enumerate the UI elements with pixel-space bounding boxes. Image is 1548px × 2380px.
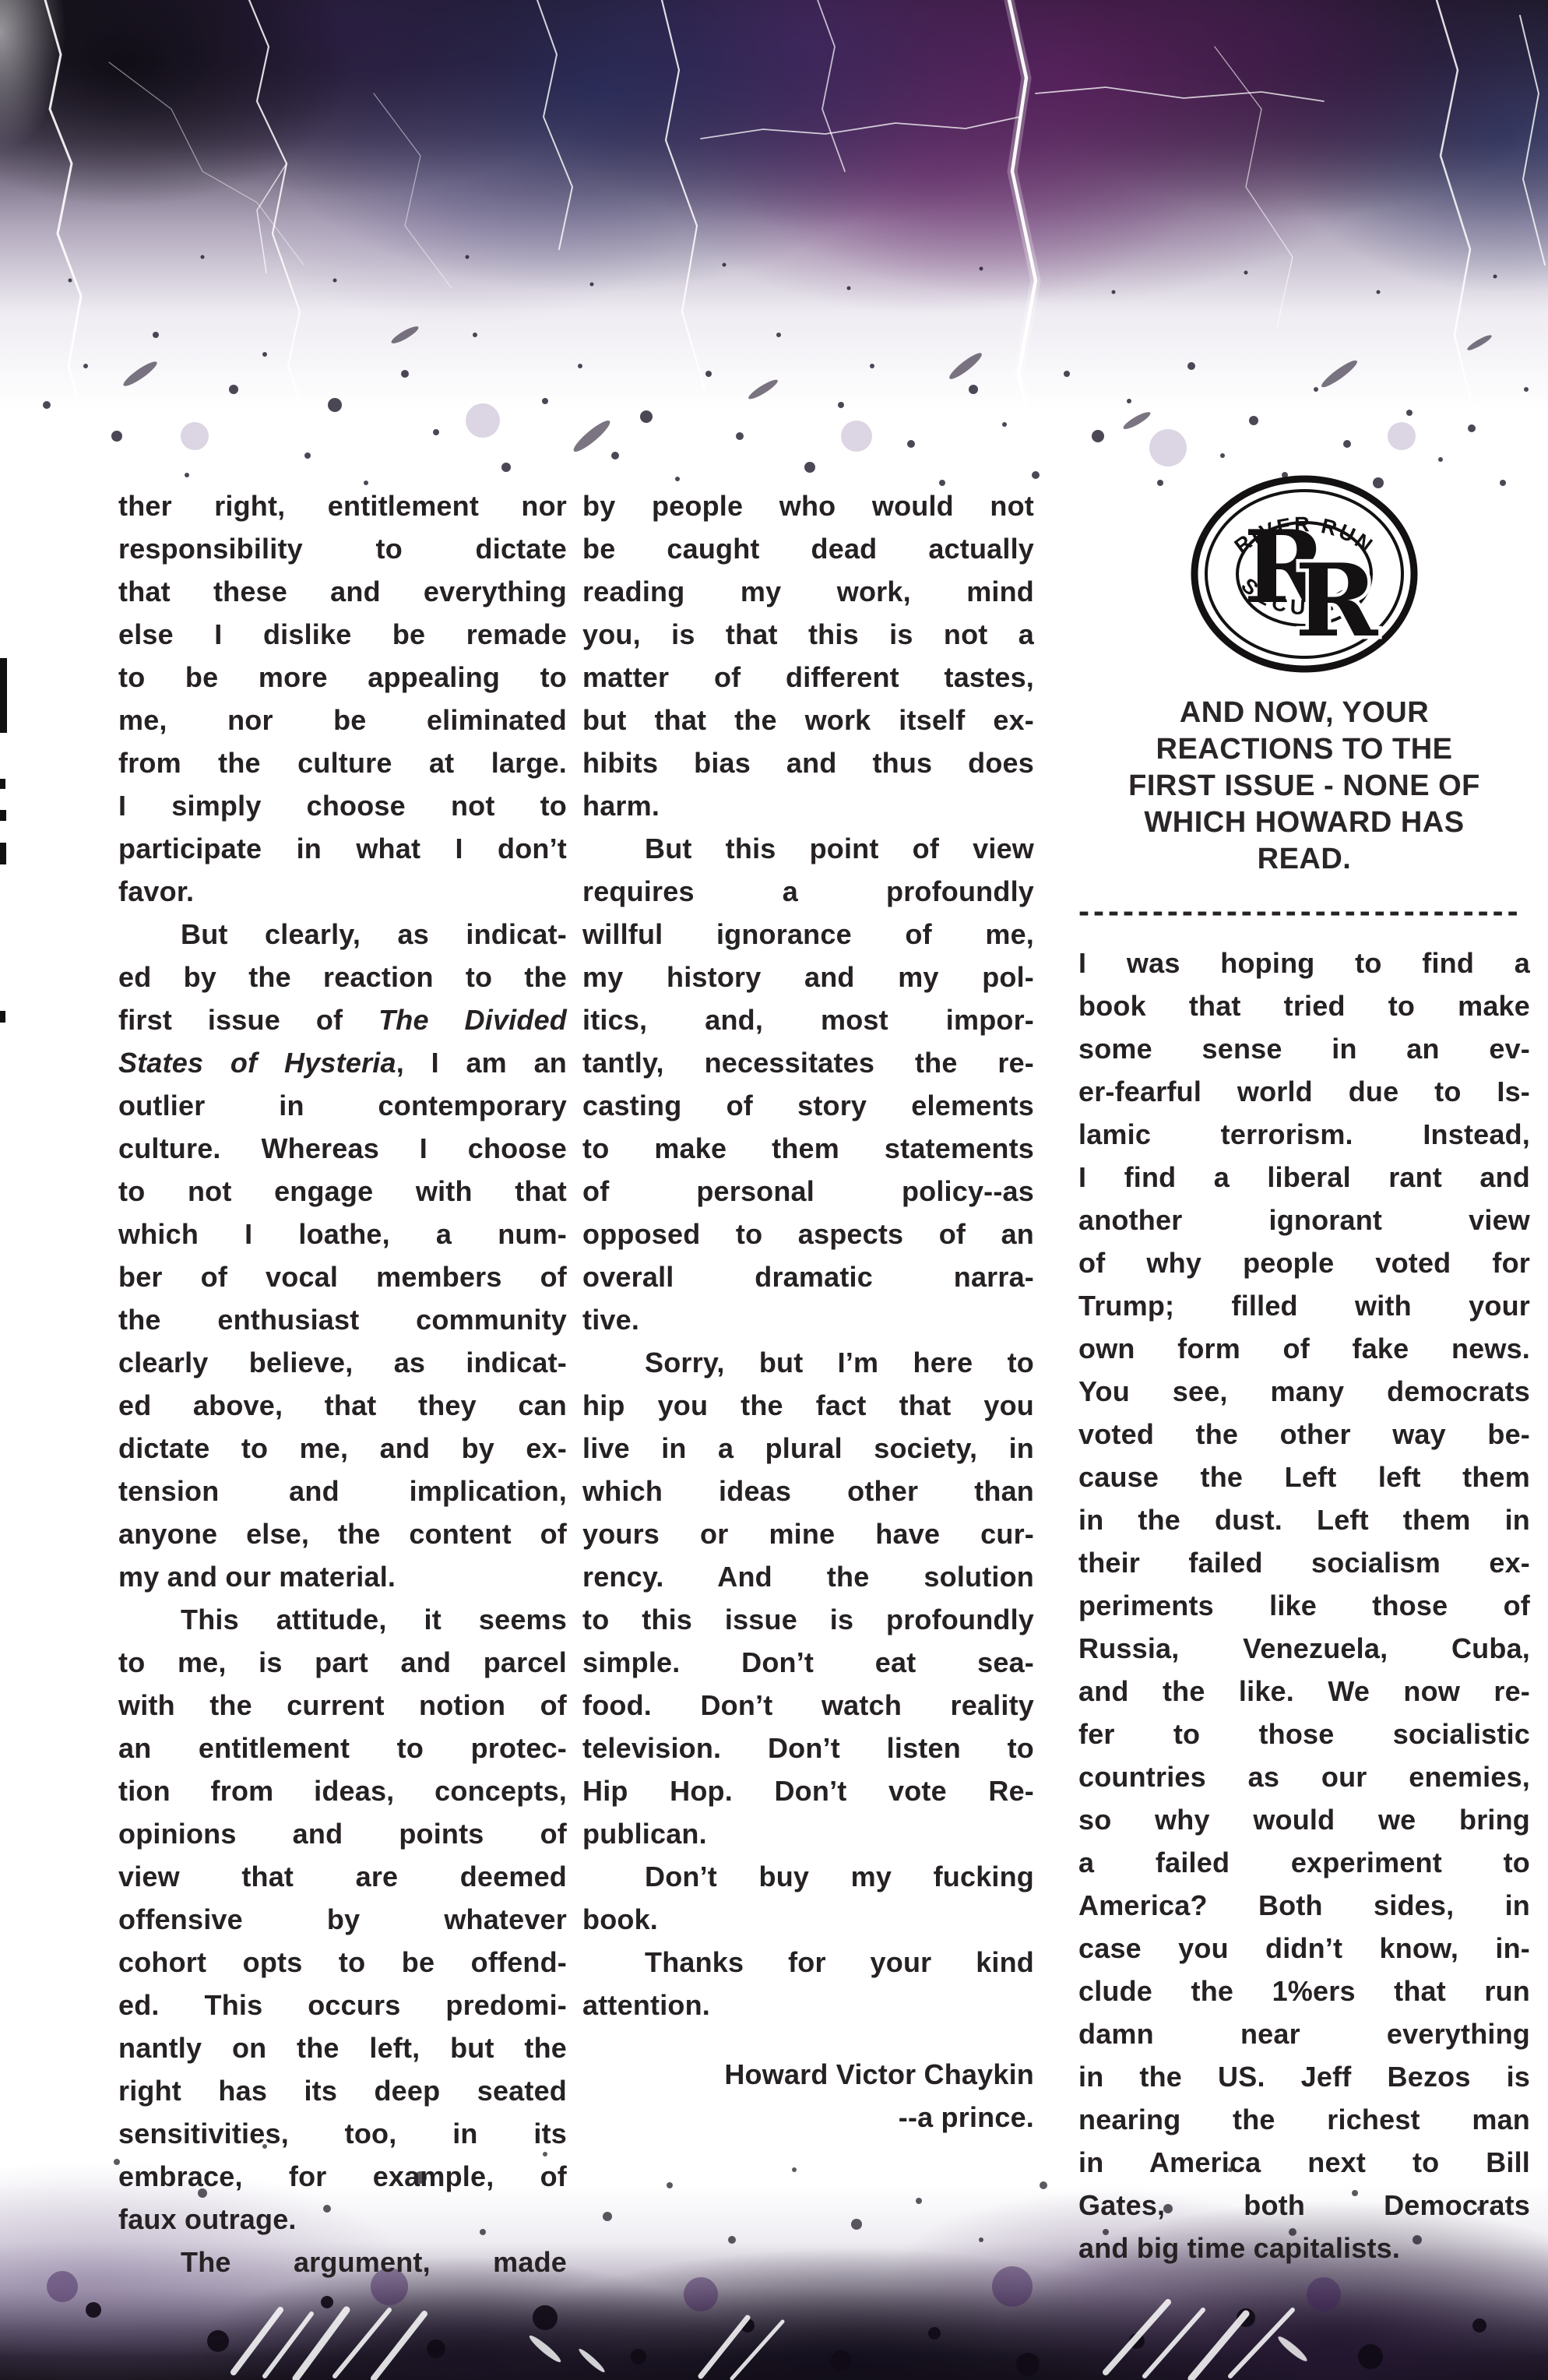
text-line: view that are deemed — [118, 1855, 567, 1898]
text-line: be caught dead actually — [582, 527, 1034, 570]
text-line: matter of different tastes, — [582, 656, 1034, 699]
text-line: willful ignorance of me, — [582, 913, 1034, 956]
text-line: and the like. We now re- — [1078, 1670, 1530, 1713]
text-line: America? Both sides, in — [1078, 1884, 1530, 1927]
reactions-header-line: AND NOW, YOUR — [1078, 695, 1530, 731]
text-line: tantly, necessitates the re- — [582, 1041, 1034, 1084]
text-line: from the culture at large. — [118, 741, 567, 784]
text-line: ed. This occurs predomi- — [118, 1984, 567, 2026]
text-line: offensive by whatever — [118, 1898, 567, 1941]
text-line: harm. — [582, 784, 1034, 827]
text-line: so why would we bring — [1078, 1798, 1530, 1841]
text-line: nearing the richest man — [1078, 2098, 1530, 2141]
text-line: television. Don’t listen to — [582, 1727, 1034, 1769]
text-line: simple. Don’t eat sea- — [582, 1641, 1034, 1684]
text-line: publican. — [582, 1812, 1034, 1855]
text-line: outlier in contemporary — [118, 1084, 567, 1127]
text-line: responsibility to dictate — [118, 527, 567, 570]
text-line: itics, and, most impor- — [582, 998, 1034, 1041]
text-line: voted the other way be- — [1078, 1413, 1530, 1456]
text-line: but that the work itself ex- — [582, 699, 1034, 741]
text-line: book. — [582, 1898, 1034, 1941]
text-line: book that tried to make — [1078, 984, 1530, 1027]
reactions-column: RIVER RUN SECURITY R R AND NOW, YOUR REA… — [1078, 466, 1530, 2269]
text-line: my and our material. — [118, 1555, 567, 1598]
text-line: I simply choose not to — [118, 784, 567, 827]
text-line: rency. And the solution — [582, 1555, 1034, 1598]
text-line: cohort opts to be offend- — [118, 1941, 567, 1984]
text-line: --a prince. — [582, 2096, 1034, 2139]
text-line: Sorry, but I’m here to — [582, 1341, 1034, 1384]
text-line: hibits bias and thus does — [582, 741, 1034, 784]
reactions-header-line: FIRST ISSUE - NONE OF — [1078, 768, 1530, 804]
text-line: anyone else, the content of — [118, 1512, 567, 1555]
text-line: ther right, entitlement nor — [118, 484, 567, 527]
text-line: the enthusiast community — [118, 1298, 567, 1341]
text-line: with the current notion of — [118, 1684, 567, 1727]
text-line: me, nor be eliminated — [118, 699, 567, 741]
text-line: damn near everything — [1078, 2012, 1530, 2055]
text-line: But clearly, as indicat- — [118, 913, 567, 956]
text-line: a failed experiment to — [1078, 1841, 1530, 1884]
text-line: in America next to Bill — [1078, 2141, 1530, 2184]
text-line: periments like those of — [1078, 1584, 1530, 1627]
text-line: of personal policy--as — [582, 1170, 1034, 1213]
text-line: hip you the fact that you — [582, 1384, 1034, 1427]
text-line: some sense in an ev- — [1078, 1027, 1530, 1070]
text-line: of why people voted for — [1078, 1241, 1530, 1284]
text-line: But this point of view — [582, 827, 1034, 870]
text-line: sensitivities, too, in its — [118, 2112, 567, 2155]
text-line: which I loathe, a num- — [118, 1213, 567, 1255]
text-line: cause the Left left them — [1078, 1456, 1530, 1498]
text-line: casting of story elements — [582, 1084, 1034, 1127]
text-line: that these and everything — [118, 570, 567, 613]
text-line: ed above, that they can — [118, 1384, 567, 1427]
text-line: reading my work, mind — [582, 570, 1034, 613]
storm-lightning-art-top — [0, 0, 1548, 537]
text-line: States of Hysteria, I am an — [118, 1041, 567, 1084]
text-line: which ideas other than — [582, 1470, 1034, 1512]
text-line: tion from ideas, concepts, — [118, 1769, 567, 1812]
river-run-security-seal: RIVER RUN SECURITY R R — [1187, 474, 1421, 674]
letter-column-3: I was hoping to find abook that tried to… — [1078, 942, 1530, 2269]
letter-column-2: by people who would notbe caught dead ac… — [582, 484, 1034, 2139]
text-line: opposed to aspects of an — [582, 1213, 1034, 1255]
text-line: tension and implication, — [118, 1470, 567, 1512]
left-edge-cropped-text-fragments — [0, 0, 12, 2380]
text-line: attention. — [582, 1984, 1034, 2026]
text-line: my history and my pol- — [582, 956, 1034, 998]
text-line: you, is that this is not a — [582, 613, 1034, 656]
text-line: Trump; filled with your — [1078, 1284, 1530, 1327]
text-line: overall dramatic narra- — [582, 1255, 1034, 1298]
text-line: nantly on the left, but the — [118, 2026, 567, 2069]
text-line: Russia, Venezuela, Cuba, — [1078, 1627, 1530, 1670]
text-line: culture. Whereas I choose — [118, 1127, 567, 1170]
text-line: to make them statements — [582, 1127, 1034, 1170]
text-line: to be more appealing to — [118, 656, 567, 699]
text-line: another ignorant view — [1078, 1199, 1530, 1241]
text-line: to not engage with that — [118, 1170, 567, 1213]
lightning-and-splatter-overlay — [0, 0, 1548, 537]
text-line: embrace, for example, of — [118, 2155, 567, 2198]
text-line: dictate to me, and by ex- — [118, 1427, 567, 1470]
text-line: own form of fake news. — [1078, 1327, 1530, 1370]
text-line: You see, many democrats — [1078, 1370, 1530, 1413]
logo-monogram-r2: R — [1295, 543, 1379, 660]
text-line: an entitlement to protec- — [118, 1727, 567, 1769]
text-line: er-fearful world due to Is- — [1078, 1070, 1530, 1113]
letter-column-1: ther right, entitlement norresponsibilit… — [118, 484, 567, 2283]
text-line: first issue of The Divided — [118, 998, 567, 1041]
dashed-divider: ------------------------------ — [1078, 895, 1530, 928]
text-line: right has its deep seated — [118, 2069, 567, 2112]
text-line: lamic terrorism. Instead, — [1078, 1113, 1530, 1156]
text-line: Thanks for your kind — [582, 1941, 1034, 1984]
reactions-header: AND NOW, YOUR REACTIONS TO THE FIRST ISS… — [1078, 695, 1530, 878]
text-line: Don’t buy my fucking — [582, 1855, 1034, 1898]
text-line: else I dislike be remade — [118, 613, 567, 656]
text-line: tive. — [582, 1298, 1034, 1341]
text-line: ber of vocal members of — [118, 1255, 567, 1298]
text-line: ed by the reaction to the — [118, 956, 567, 998]
text-line: by people who would not — [582, 484, 1034, 527]
text-line: yours or mine have cur- — [582, 1512, 1034, 1555]
reactions-header-line: WHICH HOWARD HAS — [1078, 804, 1530, 841]
text-line: live in a plural society, in — [582, 1427, 1034, 1470]
text-line: The argument, made — [118, 2241, 567, 2283]
text-line: I was hoping to find a — [1078, 942, 1530, 984]
comic-letters-page: ther right, entitlement norresponsibilit… — [0, 0, 1548, 2380]
text-line: in the US. Jeff Bezos is — [1078, 2055, 1530, 2098]
text-line: Howard Victor Chaykin — [582, 2053, 1034, 2096]
text-line: favor. — [118, 870, 567, 913]
reactions-header-line: REACTIONS TO THE — [1078, 731, 1530, 768]
text-line: opinions and points of — [118, 1812, 567, 1855]
text-line: requires a profoundly — [582, 870, 1034, 913]
text-line: their failed socialism ex- — [1078, 1541, 1530, 1584]
text-line: to this issue is profoundly — [582, 1598, 1034, 1641]
river-run-security-logo: RIVER RUN SECURITY R R — [1187, 474, 1421, 674]
text-line: This attitude, it seems — [118, 1598, 567, 1641]
text-line: case you didn’t know, in- — [1078, 1927, 1530, 1970]
text-line: to me, is part and parcel — [118, 1641, 567, 1684]
text-line: clude the 1%ers that run — [1078, 1970, 1530, 2012]
text-line: Gates, both Democrats — [1078, 2184, 1530, 2227]
text-line: participate in what I don’t — [118, 827, 567, 870]
text-line: faux outrage. — [118, 2198, 567, 2241]
text-line: fer to those socialistic — [1078, 1713, 1530, 1755]
text-line: clearly believe, as indicat- — [118, 1341, 567, 1384]
text-line: Hip Hop. Don’t vote Re- — [582, 1769, 1034, 1812]
text-line: in the dust. Left them in — [1078, 1498, 1530, 1541]
text-line: and big time capitalists. — [1078, 2227, 1530, 2269]
reactions-header-line: READ. — [1078, 841, 1530, 878]
text-line: countries as our enemies, — [1078, 1755, 1530, 1798]
text-line: I find a liberal rant and — [1078, 1156, 1530, 1199]
text-line: food. Don’t watch reality — [582, 1684, 1034, 1727]
